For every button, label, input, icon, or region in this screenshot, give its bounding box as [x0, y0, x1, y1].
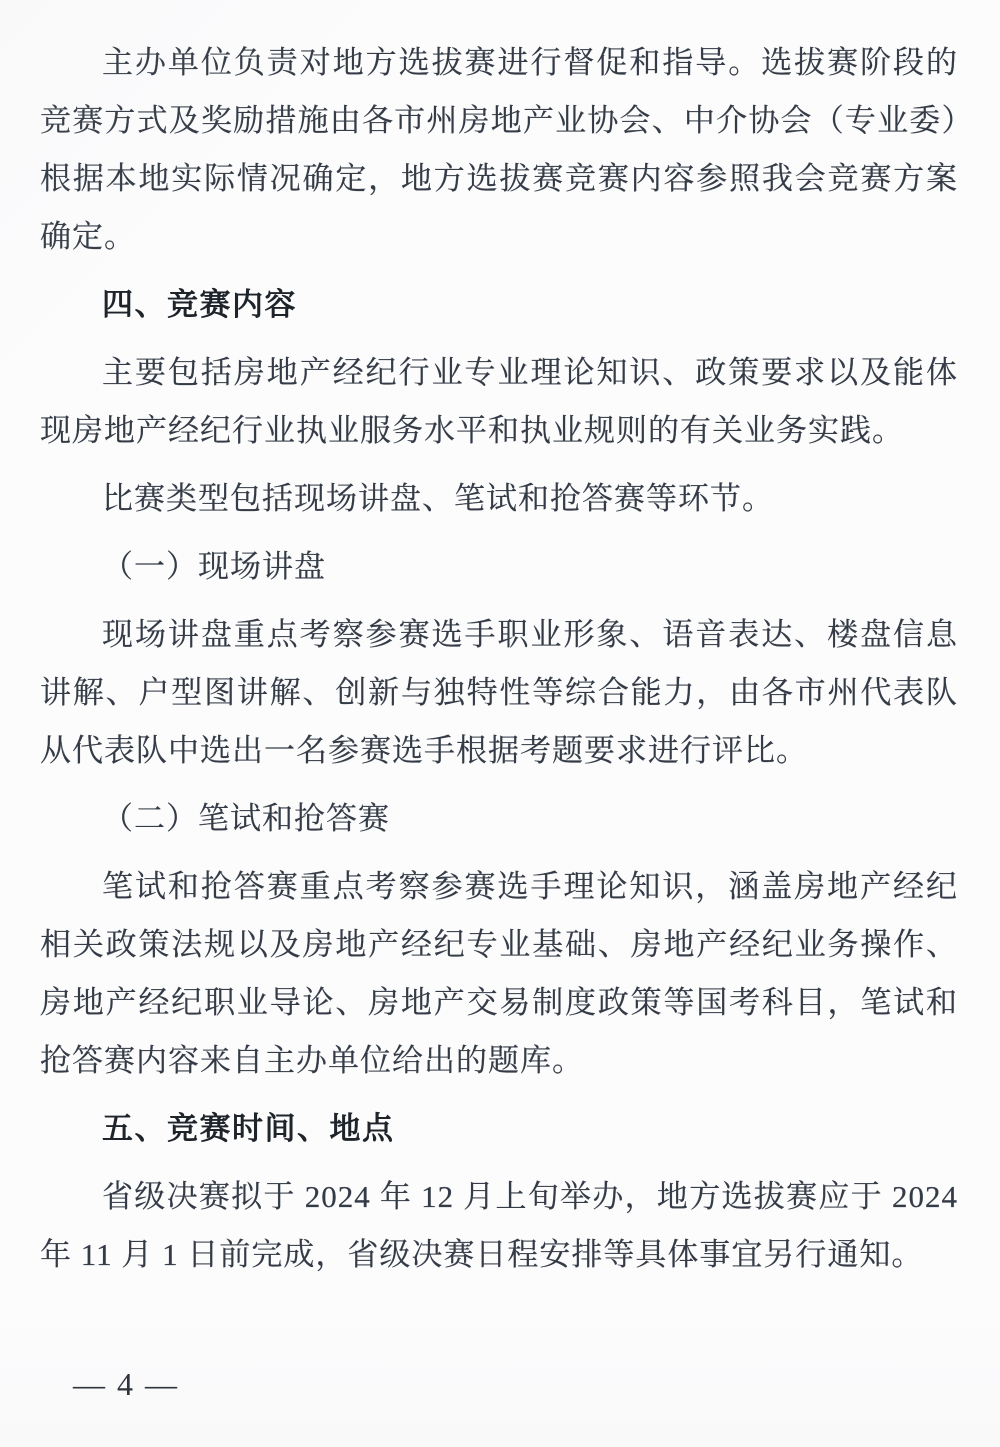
paragraph: 笔试和抢答赛重点考察参赛选手理论知识，涵盖房地产经纪相关政策法规以及房地产经纪专…: [40, 858, 958, 1090]
paragraph: 省级决赛拟于 2024 年 12 月上旬举办，地方选拔赛应于 2024 年 11…: [40, 1168, 958, 1284]
paragraph: 主要包括房地产经纪行业专业理论知识、政策要求以及能体现房地产经纪行业执业服务水平…: [40, 344, 958, 460]
document-page: 主办单位负责对地方选拔赛进行督促和指导。选拔赛阶段的竞赛方式及奖励措施由各市州房…: [0, 0, 1000, 1447]
section-heading: 五、竞赛时间、地点: [40, 1100, 958, 1158]
section-heading: 四、竞赛内容: [40, 276, 958, 334]
paragraph: （一）现场讲盘: [40, 538, 958, 596]
page-number: — 4 —: [73, 1364, 179, 1404]
document-body: 主办单位负责对地方选拔赛进行督促和指导。选拔赛阶段的竞赛方式及奖励措施由各市州房…: [40, 34, 958, 1294]
paragraph: 主办单位负责对地方选拔赛进行督促和指导。选拔赛阶段的竞赛方式及奖励措施由各市州房…: [40, 34, 958, 266]
paragraph: 比赛类型包括现场讲盘、笔试和抢答赛等环节。: [40, 470, 958, 528]
paragraph: 现场讲盘重点考察参赛选手职业形象、语音表达、楼盘信息讲解、户型图讲解、创新与独特…: [40, 606, 958, 780]
paragraph: （二）笔试和抢答赛: [40, 790, 958, 848]
